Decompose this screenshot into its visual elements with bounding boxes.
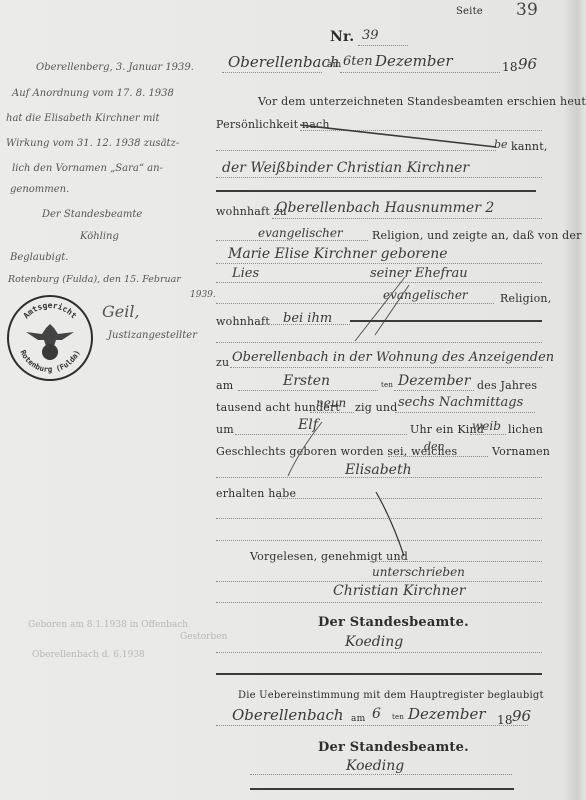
margin-note-line: Rotenburg (Fulda), den 15. Februar: [8, 274, 181, 285]
margin-note-line: Auf Anordnung vom 17. 8. 1938: [12, 88, 174, 99]
zig-und-label: zig und: [355, 401, 397, 414]
informant-hand: der Weißbinder Christian Kirchner: [222, 160, 469, 176]
bleed-through-text: Gestorben: [180, 632, 227, 642]
bekannt-hand: be: [494, 138, 508, 151]
margin-signature: Geil,: [102, 302, 140, 321]
margin-note-line: Beglaubigt.: [10, 252, 68, 263]
cert-day-hand: 6: [372, 706, 381, 722]
strike-line: [216, 190, 536, 192]
dotted-line: [216, 263, 542, 264]
margin-note-line: 1939.: [190, 290, 216, 300]
dotted-line: [340, 72, 500, 73]
dotted-line: [238, 390, 378, 391]
margin-note-line: genommen.: [10, 184, 69, 195]
welches-hand: den: [424, 440, 445, 453]
dotted-line: [216, 652, 542, 653]
birth-place-hand: Oberellenbach in der Wohnung des Anzeige…: [232, 350, 554, 365]
margin-note-line: Köhling: [80, 231, 119, 242]
dotted-line: [278, 498, 542, 499]
place-hand: Oberellenbach: [228, 53, 340, 71]
des-jahres-label: des Jahres: [477, 379, 537, 392]
lichen-label: lichen: [508, 423, 543, 436]
bleed-through-text: Geboren am 8.1.1938 in Offenbach: [28, 620, 188, 630]
pen-stroke: [345, 275, 425, 345]
am-label: am: [216, 379, 233, 392]
cert-ten-label: ten: [392, 713, 404, 721]
um-label: um: [216, 423, 234, 436]
court-seal: Amtsgericht Rotenburg (Fulda): [6, 294, 94, 382]
certification-text: Die Uebereinstimmung mit dem Hauptregist…: [238, 690, 544, 701]
divider-line: [216, 673, 542, 675]
dotted-line: [310, 412, 354, 413]
sex-hand: weib: [472, 419, 501, 433]
margin-note-line: hat die Elisabeth Kirchner mit: [6, 113, 160, 124]
zu-label: zu: [216, 356, 229, 369]
dotted-line: [370, 561, 542, 562]
decade-hand: neun: [316, 396, 346, 410]
birth-month-hand: Dezember: [398, 373, 470, 389]
margin-note-line: Der Standesbeamte: [42, 209, 142, 220]
dotted-line: [272, 218, 542, 219]
dotted-line: [260, 324, 350, 325]
religion1-hand: evangelischer: [258, 226, 343, 240]
cert-place-hand: Oberellenbach: [232, 706, 344, 724]
cert-am-label: am: [351, 714, 365, 724]
pen-stroke: [270, 420, 330, 480]
dotted-line: [216, 602, 542, 603]
year-print: 18: [502, 60, 518, 74]
seal-top-text: Amtsgericht: [22, 301, 79, 320]
day-hand: 6ten: [343, 54, 373, 69]
margin-note-line: Oberellenberg, 3. Januar 1939.: [36, 62, 194, 73]
am-label: am: [327, 60, 341, 70]
strike-line: [350, 320, 542, 322]
seal-emblem-icon: Amtsgericht Rotenburg (Fulda): [6, 294, 94, 382]
record-number: 39: [362, 28, 379, 43]
dotted-line: [216, 725, 528, 726]
mother-hand: Marie Elise Kirchner geborene: [228, 246, 448, 262]
official-signature: Koeding: [345, 634, 403, 650]
strike-line: [300, 123, 500, 151]
ten-label: ten: [381, 381, 393, 389]
cert-year-hand: 96: [512, 707, 531, 725]
dotted-line: [216, 177, 542, 178]
bekannt-print: kannt,: [511, 140, 548, 153]
dotted-line: [358, 45, 408, 46]
month-hand: Dezember: [375, 52, 453, 70]
dotted-line: [216, 240, 368, 241]
residence-hand: Oberellenbach Hausnummer 2: [276, 200, 494, 216]
margin-signature-title: Justizangestellter: [108, 330, 197, 341]
year-hand: 96: [518, 55, 537, 73]
margin-note-line: lich den Vornamen „Sara“ an-: [12, 163, 163, 174]
given-name-hand: Elisabeth: [345, 462, 412, 478]
intro-text: Vor dem unterzeichneten Standesbeamten e…: [258, 95, 586, 108]
cert-month-hand: Dezember: [408, 705, 486, 723]
cert-official-signature: Koeding: [346, 758, 404, 774]
svg-text:Amtsgericht: Amtsgericht: [22, 301, 79, 320]
vornamen-label: Vornamen: [492, 445, 550, 458]
official-title: Der Standesbeamte.: [318, 615, 469, 630]
unterschrieben-hand: unterschrieben: [372, 565, 465, 579]
dotted-line: [216, 581, 542, 582]
mother-maiden-hand: Lies: [232, 266, 259, 281]
margin-note-line: Wirkung vom 31. 12. 1938 zusätz-: [6, 138, 179, 149]
dotted-line: [216, 150, 496, 151]
page-number: 39: [516, 0, 538, 20]
time-hand: sechs Nachmittags: [398, 395, 523, 410]
dotted-line: [395, 412, 535, 413]
informant-signature: Christian Kirchner: [333, 583, 465, 599]
divider-line: [250, 788, 514, 790]
religion2-print: Religion,: [500, 292, 551, 305]
wohnhaft-label: wohnhaft: [216, 315, 270, 328]
birth-day-hand: Ersten: [283, 373, 330, 389]
dotted-line: [394, 390, 474, 391]
dotted-line: [230, 367, 542, 368]
bleed-through-text: Oberellenbach d. 6.1938: [32, 650, 145, 660]
register-page: Seite 39 Nr. 39 Oberellenbach am 6ten De…: [0, 0, 586, 800]
page-label: Seite: [456, 6, 483, 17]
dotted-line: [216, 342, 542, 343]
dotted-line: [250, 774, 512, 775]
record-label: Nr.: [330, 29, 354, 45]
dotted-line: [388, 456, 488, 457]
cert-official-title: Der Standesbeamte.: [318, 740, 469, 755]
dotted-line: [216, 477, 542, 478]
dotted-line: [470, 434, 506, 435]
religion1-print: Religion, und zeigte an, daß von der: [372, 229, 582, 242]
dotted-line: [222, 72, 322, 73]
